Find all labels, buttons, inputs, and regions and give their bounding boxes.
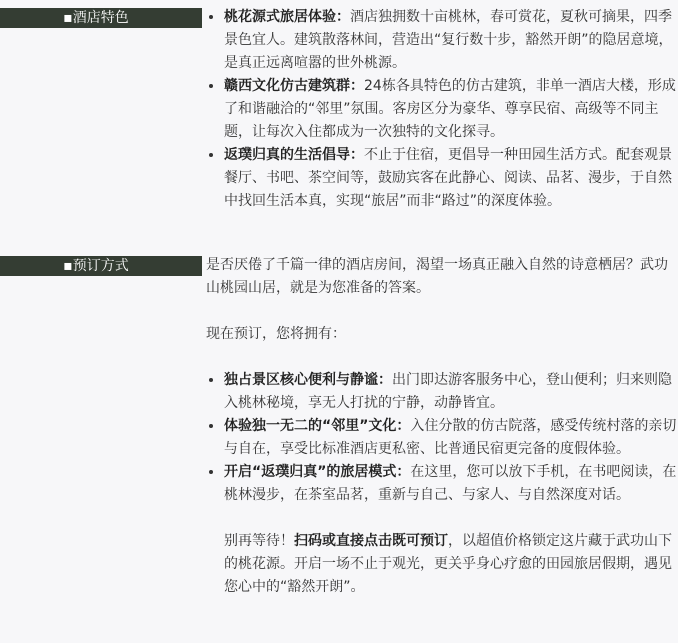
- list-item: 体验独一无二的“邻里”文化：入住分散的仿古院落，感受传统村落的亲切与自在，享受比…: [224, 415, 677, 461]
- list-item: 独占景区核心便利与静谧：出门即达游客服务中心，登山便利；归来则隐入桃林秘境，享无…: [224, 369, 677, 415]
- section-booking: ▪预订方式 是否厌倦了千篇一律的酒店房间，渴望一场真正融入自然的诗意栖居？武功山…: [0, 256, 681, 599]
- bullet-title: 独占景区核心便利与静谧：: [224, 372, 392, 388]
- list-item: 赣西文化仿古建筑群：24栋各具特色的仿古建筑，非单一酒店大楼，形成了和谐融洽的“…: [224, 75, 677, 144]
- section-hotel-features: ▪酒店特色 桃花源式旅居体验：酒店独拥数十亩桃林，春可赏花，夏秋可摘果，四季景色…: [0, 8, 681, 213]
- bullet-title: 桃花源式旅居体验：: [224, 9, 350, 25]
- bullet-title: 赣西文化仿古建筑群：: [224, 78, 364, 94]
- booking-benefits-list: 独占景区核心便利与静谧：出门即达游客服务中心，登山便利；归来则隐入桃林秘境，享无…: [206, 369, 677, 507]
- bullet-title: 体验独一无二的“邻里”文化：: [224, 418, 410, 434]
- book-now-link[interactable]: 扫码或直接点击既可预订: [294, 533, 448, 549]
- booking-closing: 别再等待！扫码或直接点击既可预订，以超值价格锁定这片藏于武功山下的桃花源。开启一…: [206, 530, 677, 599]
- section-label-hotel-features: ▪酒店特色: [0, 8, 202, 28]
- booking-content: 是否厌倦了千篇一律的酒店房间，渴望一场真正融入自然的诗意栖居？武功山桃园山居，就…: [202, 254, 681, 599]
- bullet-title: 返璞归真的生活倡导：: [224, 147, 364, 163]
- booking-intro: 是否厌倦了千篇一律的酒店房间，渴望一场真正融入自然的诗意栖居？武功山桃园山居，就…: [206, 254, 677, 300]
- booking-lead: 现在预订，您将拥有：: [206, 323, 677, 346]
- hotel-features-content: 桃花源式旅居体验：酒店独拥数十亩桃林，春可赏花，夏秋可摘果，四季景色宜人。建筑散…: [202, 6, 681, 213]
- hotel-features-list: 桃花源式旅居体验：酒店独拥数十亩桃林，春可赏花，夏秋可摘果，四季景色宜人。建筑散…: [206, 6, 677, 213]
- bullet-title: 开启“返璞归真”的旅居模式：: [224, 464, 410, 480]
- section-label-booking: ▪预订方式: [0, 256, 202, 276]
- list-item: 开启“返璞归真”的旅居模式：在这里，您可以放下手机，在书吧阅读，在桃林漫步，在茶…: [224, 461, 677, 507]
- list-item: 返璞归真的生活倡导：不止于住宿，更倡导一种田园生活方式。配套观景餐厅、书吧、茶空…: [224, 144, 677, 213]
- closing-pre: 别再等待！: [224, 533, 294, 549]
- list-item: 桃花源式旅居体验：酒店独拥数十亩桃林，春可赏花，夏秋可摘果，四季景色宜人。建筑散…: [224, 6, 677, 75]
